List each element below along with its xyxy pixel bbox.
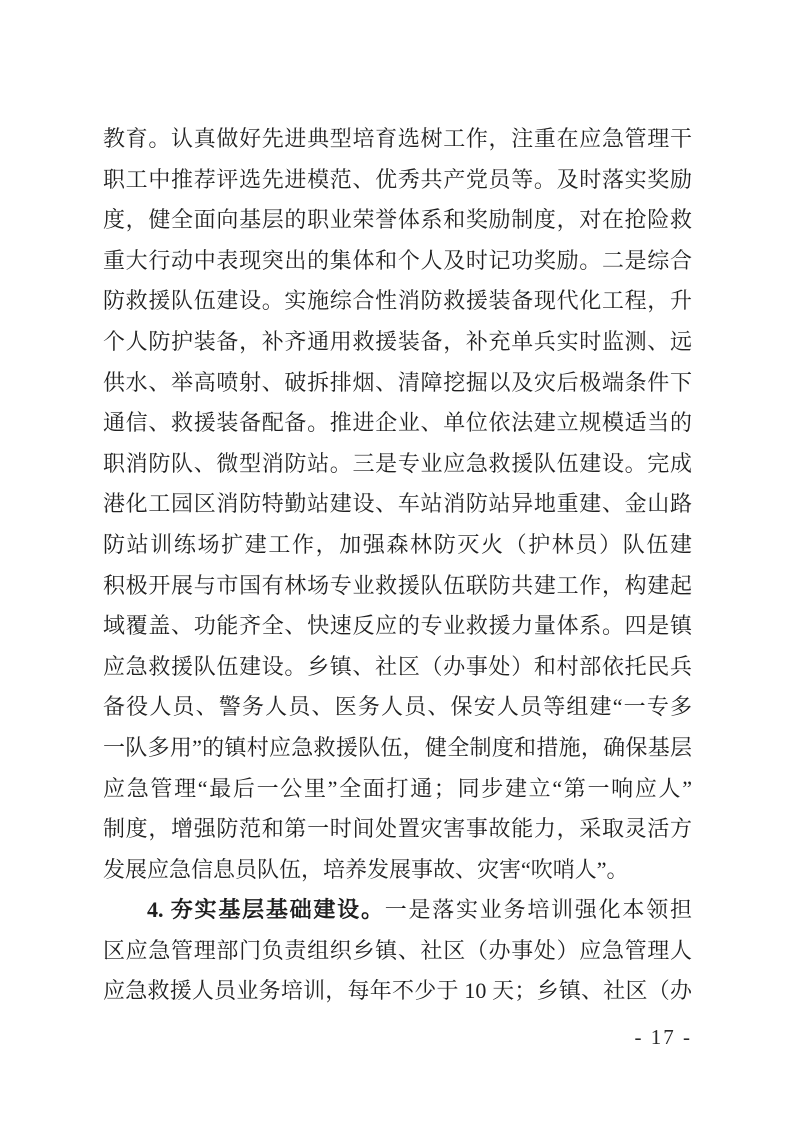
text-line: 域覆盖、功能齐全、快速反应的专业救援力量体系。四是镇村 — [103, 606, 692, 647]
text-line: 职工中推荐评选先进模范、优秀共产党员等。及时落实奖励制 — [103, 160, 692, 201]
paragraph-2: 4. 夯实基层基础建设。一是落实业务培训强化本领担当。 区应急管理部门负责组织乡… — [103, 890, 692, 1012]
text-line: 区应急管理部门负责组织乡镇、社区（办事处）应急管理人员、 — [103, 931, 692, 972]
text-line: 制度，增强防范和第一时间处置灾害事故能力，采取灵活方式 — [103, 809, 692, 850]
text-line: 个人防护装备，补齐通用救援装备，补充单兵实时监测、远程 — [103, 322, 692, 363]
document-body: 教育。认真做好先进典型培育选树工作，注重在应急管理干部 职工中推荐评选先进模范、… — [103, 119, 692, 1012]
text-line: 职消防队、微型消防站。三是专业应急救援队伍建设。完成横 — [103, 444, 692, 485]
text-line: 应急救援人员业务培训，每年不少于 10 天；乡镇、社区（办 — [103, 971, 692, 1012]
text-line: 港化工园区消防特勤站建设、车站消防站异地重建、金山路消 — [103, 484, 692, 525]
document-page: 教育。认真做好先进典型培育选树工作，注重在应急管理干部 职工中推荐评选先进模范、… — [0, 0, 794, 1122]
text-line: 防站训练场扩建工作，加强森林防灭火（护林员）队伍建设， — [103, 525, 692, 566]
text-line: 供水、举高喷射、破拆排烟、清障挖掘以及灾后极端条件下的 — [103, 363, 692, 404]
text-line: 积极开展与市国有林场专业救援队伍联防共建工作，构建起全 — [103, 566, 692, 607]
inline-section-heading: 4. 夯实基层基础建设。 — [147, 897, 385, 922]
text-line: 发展应急信息员队伍，培养发展事故、灾害“吹哨人”。 — [103, 850, 692, 891]
text-line: 通信、救援装备配备。推进企业、单位依法建立规模适当的专 — [103, 403, 692, 444]
paragraph-1: 教育。认真做好先进典型培育选树工作，注重在应急管理干部 职工中推荐评选先进模范、… — [103, 119, 692, 890]
text-line: 应急管理“最后一公里”全面打通；同步建立“第一响应人” — [103, 769, 692, 810]
page-number: - 17 - — [635, 1024, 693, 1050]
text-line: 度，健全面向基层的职业荣誉体系和奖励制度，对在抢险救援、 — [103, 200, 692, 241]
text-line: 应急救援队伍建设。乡镇、社区（办事处）和村部依托民兵预 — [103, 647, 692, 688]
text-line: 防救援队伍建设。实施综合性消防救援装备现代化工程，升级 — [103, 281, 692, 322]
text-line-with-heading: 4. 夯实基层基础建设。一是落实业务培训强化本领担当。 — [103, 890, 692, 931]
text-line: 一队多用”的镇村应急救援队伍，健全制度和措施，确保基层 — [103, 728, 692, 769]
text-line: 重大行动中表现突出的集体和个人及时记功奖励。二是综合消 — [103, 241, 692, 282]
text-line: 备役人员、警务人员、医务人员、保安人员等组建“一专多能、 — [103, 687, 692, 728]
text-line: 教育。认真做好先进典型培育选树工作，注重在应急管理干部 — [103, 119, 692, 160]
